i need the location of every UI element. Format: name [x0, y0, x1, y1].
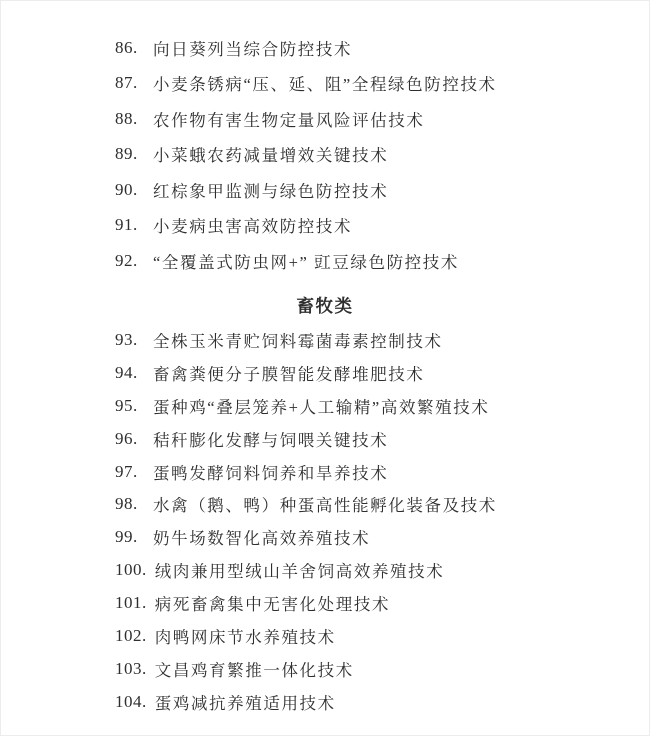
- list-item: 95. 蛋种鸡“叠层笼养+人工输精”高效繁殖技术: [115, 389, 613, 422]
- item-number: 89.: [115, 144, 145, 164]
- document-page: 86. 向日葵列当综合防控技术 87. 小麦条锈病“压、延、阻”全程绿色防控技术…: [0, 0, 650, 736]
- item-number: 86.: [115, 38, 145, 58]
- list-item: 97. 蛋鸭发酵饲料饲养和旱养技术: [115, 455, 613, 488]
- list-item: 96. 秸秆膨化发酵与饲喂关键技术: [115, 422, 613, 455]
- item-number: 91.: [115, 215, 145, 235]
- item-number: 95.: [115, 396, 145, 416]
- list-item: 88. 农作物有害生物定量风险评估技术: [115, 101, 613, 137]
- list-item: 103. 文昌鸡育繁推一体化技术: [115, 652, 613, 685]
- item-number: 87.: [115, 73, 145, 93]
- item-number: 99.: [115, 527, 145, 547]
- item-number: 90.: [115, 180, 145, 200]
- item-text: 秸秆膨化发酵与饲喂关键技术: [153, 427, 388, 451]
- section-header-livestock: 畜牧类: [15, 289, 635, 324]
- item-text: 病死畜禽集中无害化处理技术: [155, 591, 390, 615]
- item-text: 农作物有害生物定量风险评估技术: [153, 107, 425, 131]
- item-text: 肉鸭网床节水养殖技术: [155, 624, 336, 648]
- list-item: 94. 畜禽粪便分子膜智能发酵堆肥技术: [115, 356, 613, 389]
- list-item: 86. 向日葵列当综合防控技术: [115, 30, 613, 66]
- tech-list-livestock: 93. 全株玉米青贮饲料霉菌毒素控制技术 94. 畜禽粪便分子膜智能发酵堆肥技术…: [115, 324, 613, 719]
- item-number: 97.: [115, 462, 145, 482]
- item-text: 蛋种鸡“叠层笼养+人工输精”高效繁殖技术: [153, 394, 489, 418]
- item-number: 102.: [115, 626, 147, 646]
- list-item: 98. 水禽（鹅、鸭）种蛋高性能孵化装备及技术: [115, 488, 613, 521]
- item-text: 小菜蛾农药减量增效关键技术: [153, 142, 388, 166]
- item-text: 蛋鸭发酵饲料饲养和旱养技术: [153, 460, 388, 484]
- item-number: 98.: [115, 494, 145, 514]
- item-text: 文昌鸡育繁推一体化技术: [155, 657, 354, 681]
- list-item: 104. 蛋鸡减抗养殖适用技术: [115, 685, 613, 718]
- list-item: 90. 红棕象甲监测与绿色防控技术: [115, 172, 613, 208]
- item-number: 94.: [115, 363, 145, 383]
- item-text: 蛋鸡减抗养殖适用技术: [155, 690, 336, 714]
- item-text: 畜禽粪便分子膜智能发酵堆肥技术: [153, 361, 425, 385]
- item-text: 小麦病虫害高效防控技术: [153, 213, 352, 237]
- item-text: 奶牛场数智化高效养殖技术: [153, 525, 370, 549]
- item-number: 103.: [115, 659, 147, 679]
- item-text: 向日葵列当综合防控技术: [153, 36, 352, 60]
- item-text: 全株玉米青贮饲料霉菌毒素控制技术: [153, 328, 443, 352]
- item-text: 小麦条锈病“压、延、阻”全程绿色防控技术: [153, 71, 497, 95]
- item-number: 100.: [115, 560, 147, 580]
- list-item: 92. “全覆盖式防虫网+” 豇豆绿色防控技术: [115, 243, 613, 279]
- item-number: 101.: [115, 593, 147, 613]
- item-number: 88.: [115, 109, 145, 129]
- tech-list-plant-protection: 86. 向日葵列当综合防控技术 87. 小麦条锈病“压、延、阻”全程绿色防控技术…: [115, 30, 613, 279]
- list-item: 87. 小麦条锈病“压、延、阻”全程绿色防控技术: [115, 66, 613, 102]
- list-item: 101. 病死畜禽集中无害化处理技术: [115, 587, 613, 620]
- page-content: 86. 向日葵列当综合防控技术 87. 小麦条锈病“压、延、阻”全程绿色防控技术…: [1, 1, 649, 718]
- list-item: 99. 奶牛场数智化高效养殖技术: [115, 521, 613, 554]
- item-number: 93.: [115, 330, 145, 350]
- list-item: 102. 肉鸭网床节水养殖技术: [115, 620, 613, 653]
- item-text: 红棕象甲监测与绿色防控技术: [153, 178, 388, 202]
- item-text: 绒肉兼用型绒山羊舍饲高效养殖技术: [155, 558, 445, 582]
- item-number: 96.: [115, 429, 145, 449]
- list-item: 93. 全株玉米青贮饲料霉菌毒素控制技术: [115, 324, 613, 357]
- item-text: “全覆盖式防虫网+” 豇豆绿色防控技术: [153, 249, 459, 273]
- item-text: 水禽（鹅、鸭）种蛋高性能孵化装备及技术: [153, 492, 497, 516]
- list-item: 89. 小菜蛾农药减量增效关键技术: [115, 137, 613, 173]
- item-number: 104.: [115, 692, 147, 712]
- item-number: 92.: [115, 251, 145, 271]
- list-item: 91. 小麦病虫害高效防控技术: [115, 208, 613, 244]
- list-item: 100. 绒肉兼用型绒山羊舍饲高效养殖技术: [115, 554, 613, 587]
